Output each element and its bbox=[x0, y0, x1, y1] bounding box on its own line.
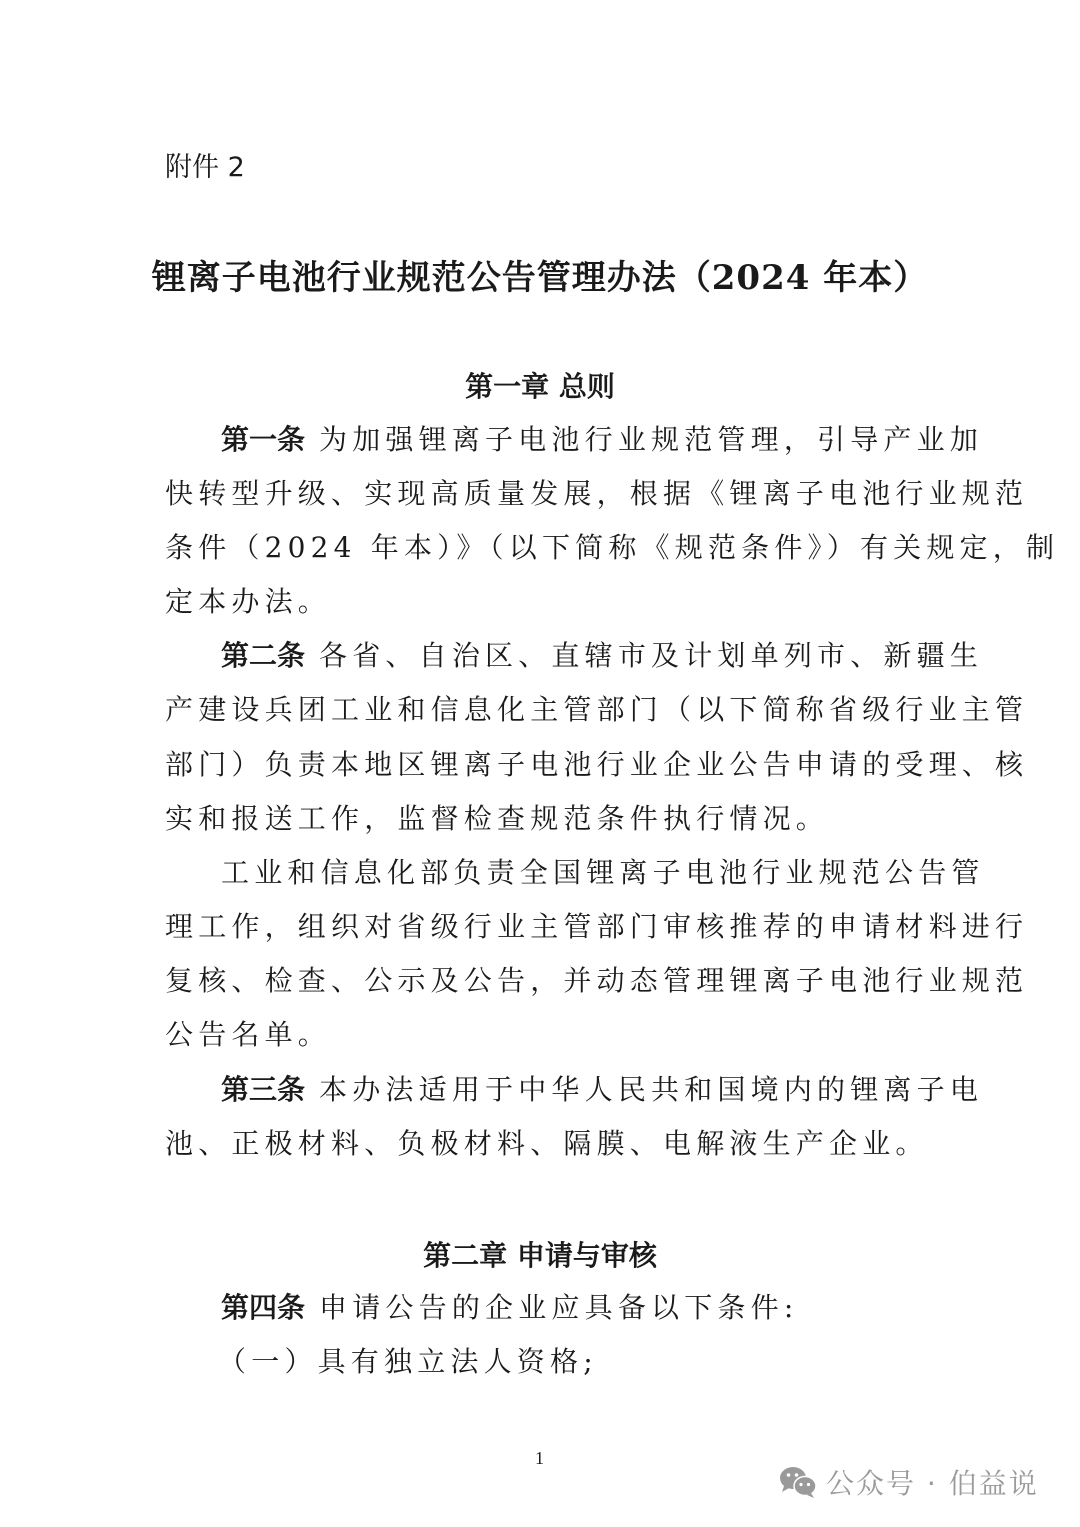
chapter-2-heading: 第二章 申请与审核 bbox=[0, 1234, 1080, 1274]
article-1-line-2: 快转型升级、实现高质量发展，根据《锂离子电池行业规范 bbox=[165, 474, 913, 514]
attachment-label: 附件 2 bbox=[165, 145, 245, 184]
article-1-line-4: 定本办法。 bbox=[165, 582, 913, 622]
article-2-para2-line-1: 工业和信息化部负责全国锂离子电池行业规范公告管 bbox=[221, 853, 913, 893]
article-1-label: 第一条 bbox=[221, 423, 305, 456]
article-3-label: 第三条 bbox=[221, 1073, 305, 1106]
article-2-text: 各省、自治区、直辖市及计划单列市、新疆生 bbox=[319, 639, 983, 672]
article-2-label: 第二条 bbox=[221, 639, 305, 672]
article-3-line-1: 第三条本办法适用于中华人民共和国境内的锂离子电 bbox=[221, 1070, 913, 1110]
wechat-icon bbox=[778, 1465, 818, 1499]
article-4-label: 第四条 bbox=[221, 1291, 305, 1324]
article-4-item-1: （一）具有独立法人资格; bbox=[218, 1342, 910, 1382]
article-2-para2-line-4: 公告名单。 bbox=[165, 1015, 913, 1055]
article-1-text: 为加强锂离子电池行业规范管理，引导产业加 bbox=[319, 423, 983, 456]
article-4-text: 申请公告的企业应具备以下条件: bbox=[319, 1291, 798, 1324]
article-2-line-1: 第二条各省、自治区、直辖市及计划单列市、新疆生 bbox=[221, 636, 913, 676]
article-2-line-2: 产建设兵团工业和信息化主管部门（以下简称省级行业主管 bbox=[165, 690, 913, 730]
document-title: 锂离子电池行业规范公告管理办法（2024 年本） bbox=[0, 250, 1080, 299]
article-2-line-4: 实和报送工作，监督检查规范条件执行情况。 bbox=[165, 799, 913, 839]
article-1-line-1: 第一条为加强锂离子电池行业规范管理，引导产业加 bbox=[221, 420, 913, 460]
article-4-line-1: 第四条申请公告的企业应具备以下条件: bbox=[221, 1288, 913, 1328]
article-3-line-2: 池、正极材料、负极材料、隔膜、电解液生产企业。 bbox=[165, 1124, 913, 1164]
article-1-line-3: 条件（2024 年本）》（以下简称《规范条件》）有关规定，制 bbox=[165, 528, 913, 568]
chapter-1-heading: 第一章 总则 bbox=[0, 365, 1080, 405]
watermark: 公众号 · 伯益说 bbox=[778, 1462, 1039, 1502]
article-2-para2-line-3: 复核、检查、公示及公告，并动态管理锂离子电池行业规范 bbox=[165, 961, 913, 1001]
watermark-text: 公众号 · 伯益说 bbox=[826, 1462, 1039, 1502]
article-2-line-3: 部门）负责本地区锂离子电池行业企业公告申请的受理、核 bbox=[165, 745, 913, 785]
page-number: 1 bbox=[535, 1448, 544, 1469]
article-2-para2-line-2: 理工作，组织对省级行业主管部门审核推荐的申请材料进行 bbox=[165, 907, 913, 947]
article-3-text: 本办法适用于中华人民共和国境内的锂离子电 bbox=[319, 1073, 983, 1106]
